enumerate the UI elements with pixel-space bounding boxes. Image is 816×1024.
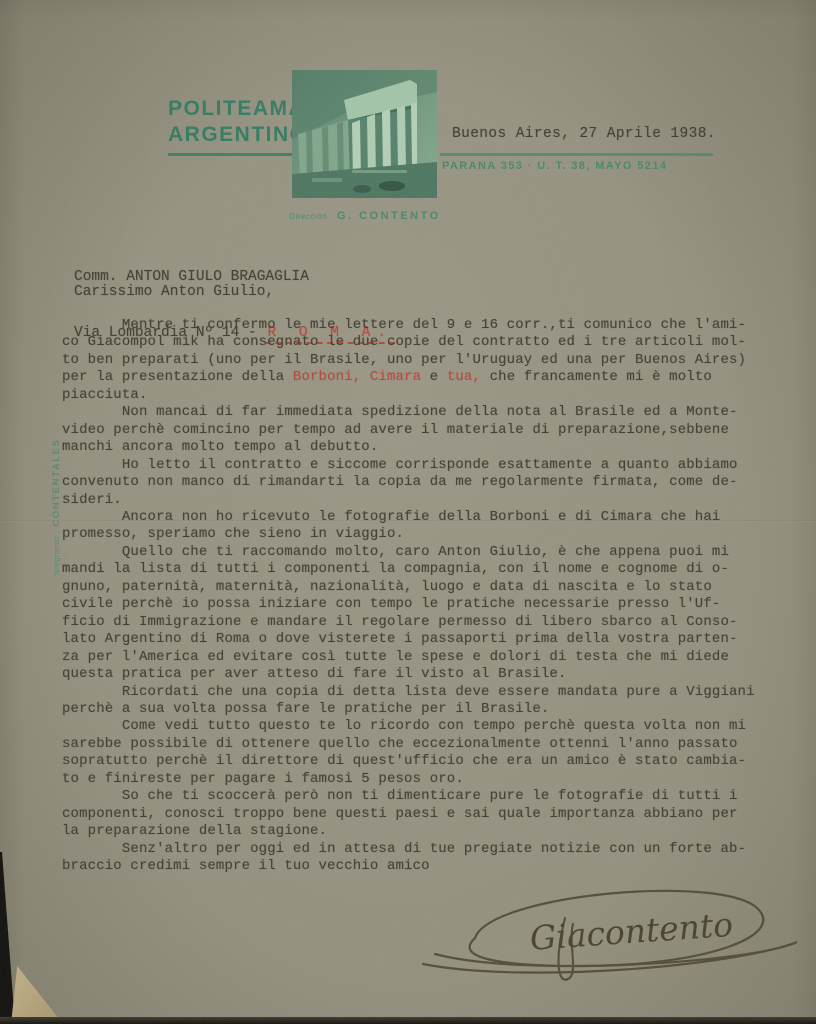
- typed-text: Non mancai di far immediata spedizione d…: [62, 404, 738, 420]
- typed-text: sarebbe possibile di ottenere quello che…: [62, 736, 738, 752]
- typed-text: ficio di Immigrazione e mandare il regol…: [62, 614, 738, 630]
- body-line: la preparazione della stagione.: [62, 823, 755, 840]
- body-line: civile perchè io possa iniziare con temp…: [62, 596, 755, 613]
- org-name: POLITEAMA ARGENTINO: [168, 96, 308, 148]
- typed-text: Come vedi tutto questo te lo ricordo con…: [62, 718, 746, 734]
- letter-body: Mentre ti confermo le mie lettere del 9 …: [62, 317, 755, 876]
- typed-text: mandi la lista di tutti i componenti la …: [62, 561, 729, 577]
- direccion-line: Dirección : G. CONTENTO: [262, 206, 468, 224]
- telegram-value: CONTENTALES: [51, 439, 62, 527]
- signature-name: Giacontento: [529, 905, 735, 958]
- handwritten-signature: Giacontento: [405, 866, 810, 991]
- body-line: lato Argentino di Roma o dove visterete …: [62, 631, 755, 648]
- typed-text: Ancora non ho ricevuto le fotografie del…: [62, 509, 720, 525]
- body-line: componenti, conosci troppo bene questi p…: [62, 806, 755, 823]
- body-line: to e finireste per pagare i famosi 5 pes…: [62, 771, 755, 788]
- typed-text: che francamente mi è molto: [481, 369, 712, 385]
- body-line: Ho letto il contratto e siccome corrispo…: [62, 457, 755, 474]
- typed-text: Mentre ti confermo le mie lettere del 9 …: [62, 317, 746, 333]
- typed-text: co Giacompol mik ha consegnato le due co…: [62, 334, 746, 350]
- body-line: za per l'America ed evitare così tutte l…: [62, 649, 755, 666]
- typed-text: manchi ancora molto tempo al debutto.: [62, 439, 378, 455]
- typed-text: So che ti scoccerà però non ti dimentica…: [62, 788, 738, 804]
- body-line: sideri.: [62, 492, 755, 509]
- body-line: video perchè comincino per tempo ad aver…: [62, 422, 755, 439]
- typed-text: Senz'altro per oggi ed in attesa di tue …: [62, 841, 746, 857]
- body-line: Senz'altro per oggi ed in attesa di tue …: [62, 841, 755, 858]
- fold-crease-upper: [0, 468, 816, 470]
- contact-rule: [440, 153, 713, 156]
- typed-text: braccio credimi sempre il tuo vecchio am…: [62, 858, 430, 874]
- body-line: co Giacompol mik ha consegnato le due co…: [62, 334, 755, 351]
- body-line: perchè a sua volta possa fare le pratich…: [62, 701, 755, 718]
- body-line: sarebbe possibile di ottenere quello che…: [62, 736, 755, 753]
- typed-text: componenti, conosci troppo bene questi p…: [62, 806, 738, 822]
- direccion-label: Dirección :: [289, 212, 332, 221]
- typed-text: piacciuta.: [62, 387, 148, 403]
- body-line: convenuto non manco di rimandarti la cop…: [62, 474, 755, 491]
- body-line: mandi la lista di tutti i componenti la …: [62, 561, 755, 578]
- typed-text: promesso, speriamo che sieno in viaggio.: [62, 526, 404, 542]
- typed-text: questa pratica per aver atteso di fare i…: [62, 666, 567, 682]
- typed-text: sideri.: [62, 492, 122, 508]
- body-line: promesso, speriamo che sieno in viaggio.: [62, 526, 755, 543]
- theater-building-image: [292, 70, 437, 198]
- body-line: So che ti scoccerà però non ti dimentica…: [62, 788, 755, 805]
- body-line: manchi ancora molto tempo al debutto.: [62, 439, 755, 456]
- body-line: Come vedi tutto questo te lo ricordo con…: [62, 718, 755, 735]
- typed-text: video perchè comincino per tempo ad aver…: [62, 422, 729, 438]
- fold-crease-middle: [0, 520, 816, 522]
- typed-text: lato Argentino di Roma o dove visterete …: [62, 631, 738, 647]
- scan-edge-left: [0, 852, 16, 1024]
- scan-edge-bottom: [0, 1017, 816, 1024]
- red-typed-text: Borboni, Cimara: [293, 369, 421, 385]
- org-name-line2: ARGENTINO: [168, 122, 308, 148]
- org-underline-rule: [168, 153, 295, 156]
- contact-line: PARANA 353 · U. T. 38, MAYO 5214: [442, 160, 667, 172]
- body-line: to ben preparati (uno per il Brasile, un…: [62, 352, 755, 369]
- body-line: gnuno, paternità, maternità, nazionalità…: [62, 579, 755, 596]
- body-line: Quello che ti raccomando molto, caro Ant…: [62, 544, 755, 561]
- red-typed-text: tua,: [447, 369, 481, 385]
- typed-text: convenuto non manco di rimandarti la cop…: [62, 474, 738, 490]
- typed-text: Quello che ti raccomando molto, caro Ant…: [62, 544, 729, 560]
- scanned-letter: POLITEAMA ARGENTINO Dirección : G. CONTE…: [0, 0, 816, 1024]
- typed-text: sopratutto perchè il direttore di quest'…: [62, 753, 746, 769]
- typed-text: perchè a sua volta possa fare le pratich…: [62, 701, 549, 717]
- typed-text: za per l'America ed evitare così tutte l…: [62, 649, 729, 665]
- body-line: per la presentazione della Borboni, Cima…: [62, 369, 755, 386]
- underlying-page-corner: [11, 966, 63, 1024]
- date-line: Buenos Aires, 27 Aprile 1938.: [452, 126, 716, 142]
- typed-text: Ho letto il contratto e siccome corrispo…: [62, 457, 738, 473]
- body-line: Ricordati che una copia di detta lista d…: [62, 684, 755, 701]
- direccion-name: G. CONTENTO: [337, 210, 441, 222]
- body-line: questa pratica per aver atteso di fare i…: [62, 666, 755, 683]
- body-line: Mentre ti confermo le mie lettere del 9 …: [62, 317, 755, 334]
- org-name-line1: POLITEAMA: [168, 96, 308, 122]
- body-line: Ancora non ho ricevuto le fotografie del…: [62, 509, 755, 526]
- fold-crease-lower: [0, 763, 816, 765]
- typed-text: per la presentazione della: [62, 369, 293, 385]
- body-line: ficio di Immigrazione e mandare il regol…: [62, 614, 755, 631]
- typed-text: civile perchè io possa iniziare con temp…: [62, 596, 720, 612]
- typed-text: to ben preparati (uno per il Brasile, un…: [62, 352, 746, 368]
- typed-text: e: [421, 369, 447, 385]
- telegram-label: Telegramas :: [54, 531, 61, 576]
- body-line: Non mancai di far immediata spedizione d…: [62, 404, 755, 421]
- typed-text: Ricordati che una copia di detta lista d…: [62, 684, 755, 700]
- typed-text: gnuno, paternità, maternità, nazionalità…: [62, 579, 712, 595]
- typed-text: to e finireste per pagare i famosi 5 pes…: [62, 771, 464, 787]
- salutation: Carissimo Anton Giulio,: [74, 284, 274, 300]
- body-line: piacciuta.: [62, 387, 755, 404]
- typed-text: la preparazione della stagione.: [62, 823, 327, 839]
